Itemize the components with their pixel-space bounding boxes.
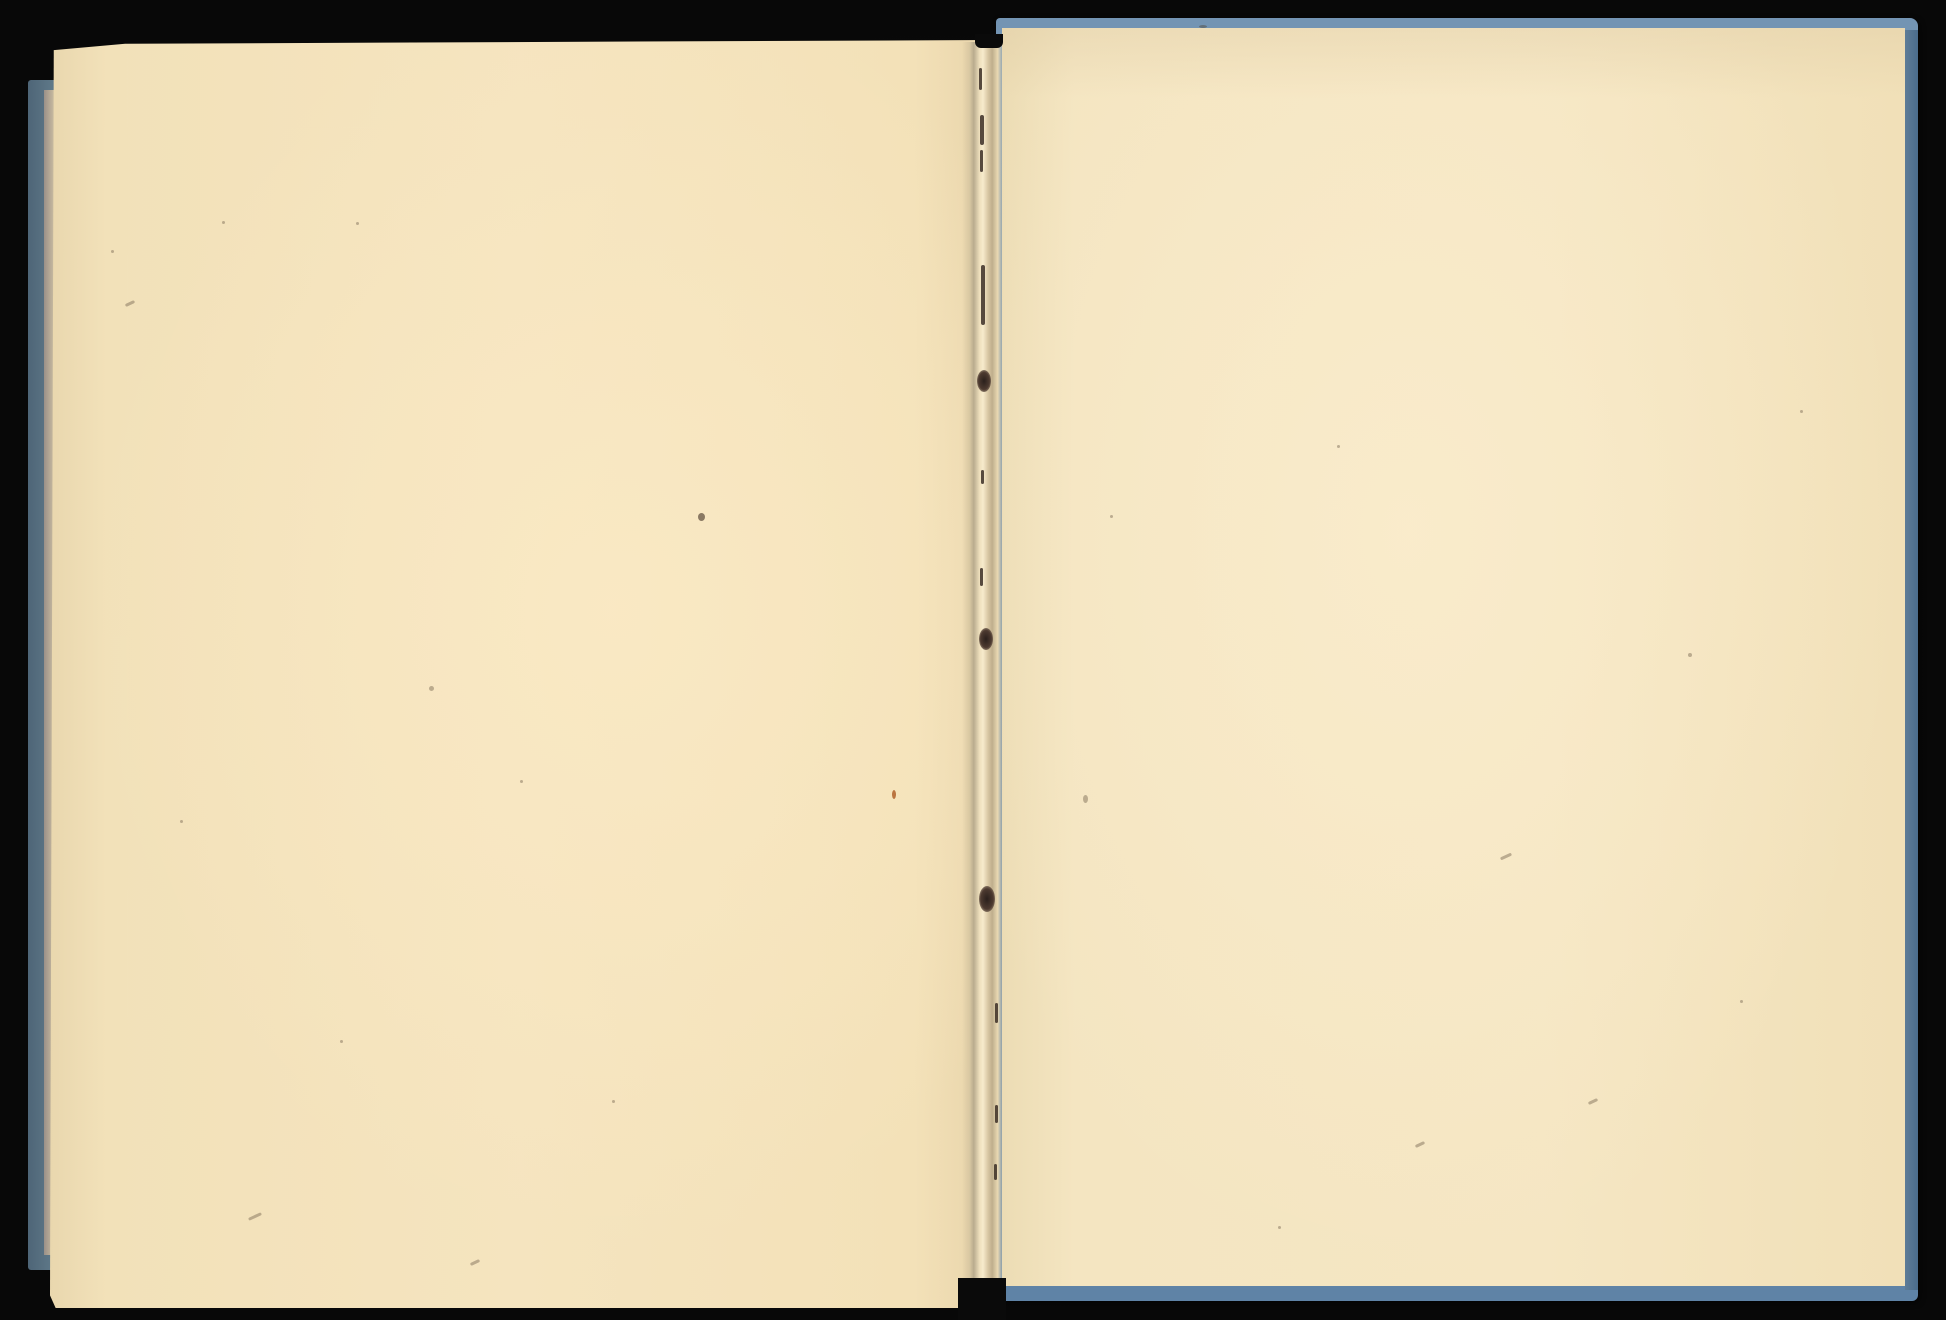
stitch-mark [981,265,985,325]
paper-speck [698,513,705,521]
stitch-mark [981,470,984,484]
paper-speck [340,1040,343,1043]
stitch-mark [995,1003,998,1023]
stitch-mark [995,1105,998,1123]
gutter-top-gap [975,34,1003,48]
spine-gutter [962,42,1004,1290]
paper-speck [612,1100,615,1103]
left-page [50,40,990,1308]
stitch-mark [980,115,984,145]
paper-speck [356,222,359,225]
sewing-hole [977,370,991,392]
paper-speck [222,221,225,224]
sewing-hole [979,886,995,912]
paper-speck [1110,515,1113,518]
paper-speck [1688,653,1692,657]
right-page [1002,28,1905,1286]
right-cover-edge [1905,30,1918,1290]
gutter-bottom-gap [958,1278,1006,1320]
stitch-mark [979,68,982,90]
paper-speck [1800,410,1803,413]
stitch-mark [980,150,983,172]
paper-speck [1278,1226,1281,1229]
paper-speck [892,790,896,799]
stitch-mark [994,1164,997,1180]
paper-speck [1199,25,1207,28]
paper-speck [180,820,183,823]
paper-speck [1083,795,1088,803]
paper-speck [429,686,434,691]
right-page-top-shading [1002,28,1905,98]
paper-speck [111,250,114,253]
stitch-mark [980,568,983,586]
sewing-hole [979,628,993,650]
paper-speck [1740,1000,1743,1003]
paper-speck [520,780,523,783]
paper-speck [1337,445,1340,448]
open-book-scene [0,0,1946,1320]
